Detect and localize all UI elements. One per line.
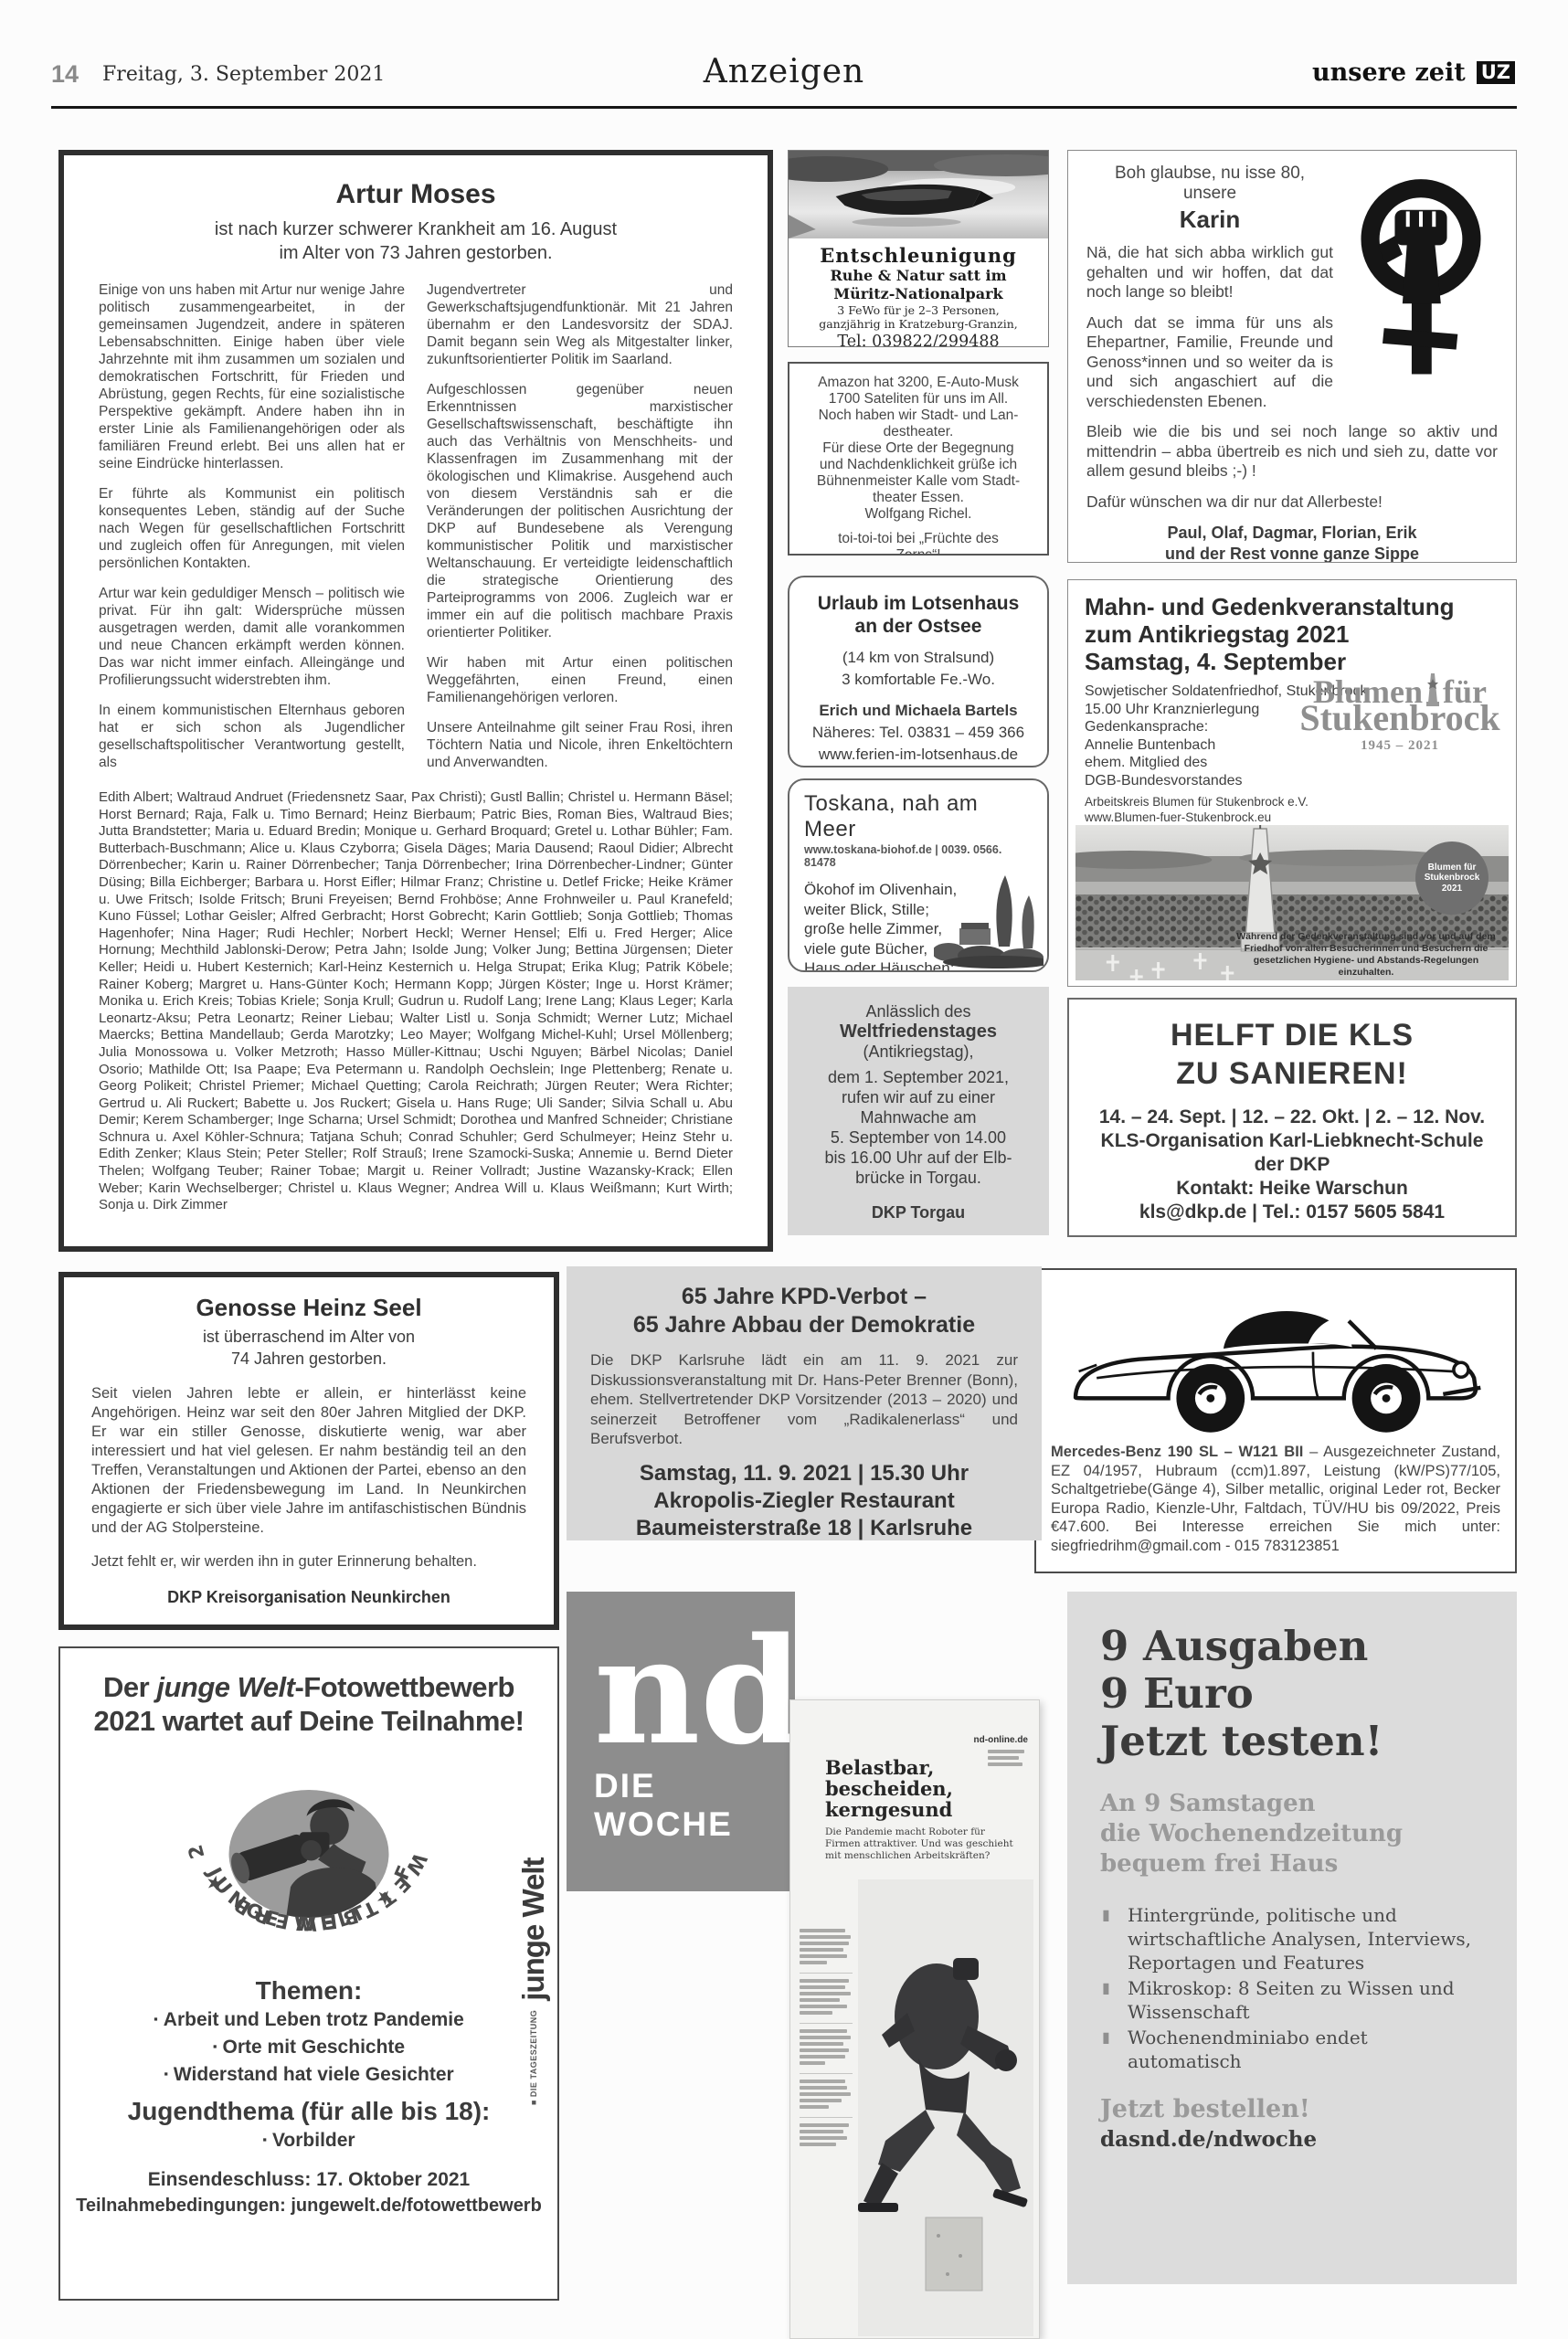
paragraph: Artur war kein geduldiger Mensch – polit… (99, 585, 405, 689)
nd-newspaper-mockup: nd-online.de Belastbar, bescheiden, kern… (789, 1699, 1040, 2339)
nd-subheadline: Die Pandemie macht Roboter für Firmen at… (825, 1826, 1017, 1862)
ad-kls-sanierung: HELFT DIE KLS ZU SANIEREN! 14. – 24. Sep… (1067, 998, 1517, 1237)
feminist-fist-icon (1344, 165, 1498, 396)
classified-lead: Mercedes-Benz 190 SL – W121 BII (1051, 1444, 1303, 1460)
paragraph: In einem kommunistischen Elternhaus gebo… (99, 702, 405, 771)
paragraph: Bleib wie die bis und sei noch lange so … (1086, 422, 1498, 482)
phone-number: Näheres: Tel. 03831 – 459 366 (797, 722, 1040, 744)
themes-title: Themen: (73, 1976, 545, 2006)
ad-title: Weltfriedenstages (797, 1021, 1040, 1042)
ad-text: dem 1. September 2021, rufen wir auf zu … (797, 1067, 1040, 1188)
section-title: Anzeigen (51, 53, 1517, 90)
obituary-title: Artur Moses (99, 179, 733, 210)
ad-theater-gruss: Amazon hat 3200, E-Auto-Musk 1700 Sateli… (788, 362, 1049, 556)
ad-nd-woche: nd DIE WOCHE nd-online.de Belastbar, bes… (567, 1577, 1042, 2339)
terms-url: Teilnahmebedingungen: jungewelt.de/fotow… (73, 2193, 545, 2219)
ad-title: Urlaub im Lotsenhaus an der Ostsee (797, 592, 1040, 638)
organisation: KLS-Organisation Karl-Liebknecht-Schule … (1075, 1129, 1510, 1177)
paragraph: Dafür wünschen wa dir nur dat Allerbeste… (1086, 492, 1498, 513)
ad-mercedes: Mercedes-Benz 190 SL – W121 BII – Ausgez… (1034, 1268, 1517, 1573)
obituary-column-2: Jugendvertreter und Gewerkschaftsjugendf… (427, 281, 733, 784)
robot-photo (858, 1879, 1033, 2336)
obituary-body: Einige von uns haben mit Artur nur wenig… (99, 281, 733, 784)
youth-title: Jugendthema (für alle bis 18): (73, 2097, 545, 2126)
contact-line: www.toskana-biohof.de | 0039. 0566. 8147… (804, 843, 1033, 869)
theme-item: ▪Widerstand hat viele Gesichter (73, 2060, 545, 2088)
ad-line: 3 komfortable Fe.-Wo. (797, 669, 1040, 691)
ad-entschleunigung: Entschleunigung Ruhe & Natur satt im Mür… (788, 150, 1049, 347)
feature-item: Mikroskop: 8 Seiten zu Wissen und Wissen… (1100, 1976, 1484, 2024)
title-brand: junge Welt (156, 1671, 294, 1703)
paragraph: Jugendvertreter und Gewerkschaftsjugendf… (427, 281, 733, 368)
brand-name: unsere zeit (1312, 58, 1466, 87)
photo-caption: Während der Gedenkveranstaltung sind vor… (1229, 931, 1503, 979)
classified-body: – Ausgezeichneter Zustand, EZ 04/1957, H… (1051, 1444, 1500, 1554)
signature: DKP Kreisorganisation Neunkirchen (91, 1588, 526, 1607)
page-header: 14Freitag, 3. September 2021 Anzeigen un… (51, 53, 1517, 102)
paragraph: Einige von uns haben mit Artur nur wenig… (99, 281, 405, 472)
ad-title: Toskana, nah am Meer (804, 791, 1033, 842)
jw-tagline: ■ DIE TAGESZEITUNG (529, 2010, 538, 2105)
theme-item: ▪Vorbilder (73, 2126, 545, 2154)
nd-logo-subtitle: DIE WOCHE (594, 1767, 795, 1844)
ad-title: Der junge Welt-Fotowettbewerb (73, 1670, 545, 1704)
event-title: Mahn- und Gedenkveranstaltung zum Antikr… (1085, 593, 1499, 675)
nd-headline: Belastbar, bescheiden, kerngesund (825, 1757, 953, 1820)
event-text: Die DKP Karlsruhe lädt ein am 11. 9. 202… (590, 1350, 1018, 1449)
promo-cta: Jetzt bestellen! (1100, 2095, 1484, 2123)
badge-text: Blumen für Stukenbrock 2021 (1425, 863, 1480, 894)
blumen-stukenbrock-logo: Blumenfür Stukenbrock 1945 – 2021 (1295, 672, 1505, 759)
event-schedule: Samstag, 11. 9. 2021 | 15.30 Uhr Akropol… (590, 1460, 1018, 1541)
square-bullet-icon: ▪ (262, 2133, 267, 2146)
paragraph: Aufgeschlossen gegenüber neuen Erkenntni… (427, 381, 733, 641)
phone-number: Tel: 039822/299488 (796, 333, 1041, 347)
feature-item: Wochenendminiabo endet automatisch (1100, 2026, 1484, 2073)
contact-names: Erich und Michaela Bartels (797, 700, 1040, 722)
contact-person: Kontakt: Heike Warschun (1075, 1177, 1510, 1201)
website-url: www.ferien-im-lotsenhaus.de (797, 744, 1040, 766)
nd-logo: nd DIE WOCHE (567, 1592, 795, 1891)
newspaper-page: 14Freitag, 3. September 2021 Anzeigen un… (0, 0, 1568, 2339)
theme-label: Widerstand hat viele Gesichter (174, 2064, 454, 2085)
obituary-column-1: Einige von uns haben mit Artur nur wenig… (99, 281, 405, 784)
issue-info-bars (988, 1750, 1028, 1769)
memorial-photo: Blumen für Stukenbrock 2021 Während der … (1075, 825, 1509, 980)
ad-line: Ruhe & Natur satt im (796, 267, 1041, 285)
ad-line: Müritz-Nationalpark (796, 285, 1041, 303)
theme-item: ▪Orte mit Geschichte (73, 2033, 545, 2060)
car-illustration (1051, 1275, 1500, 1443)
title-part: -Fotowettbewerb (294, 1671, 514, 1703)
feature-item: Hintergründe, politische und wirtschaftl… (1100, 1903, 1484, 1974)
obituary-heinz-seel: Genosse Heinz Seel ist überraschend im A… (58, 1272, 559, 1630)
contact-details: kls@dkp.de | Tel.: 0157 5605 5841 (1075, 1201, 1510, 1224)
masthead: unsere zeitUZ (1312, 58, 1517, 87)
title-part: Der (103, 1671, 156, 1703)
ad-title: Entschleunigung (796, 244, 1041, 267)
ad-stukenbrock: Mahn- und Gedenkveranstaltung zum Antikr… (1067, 579, 1517, 987)
signature: Paul, Olaf, Dagmar, Florian, Erik und de… (1086, 523, 1498, 563)
ad-lotsenhaus: Urlaub im Lotsenhaus an der Ostsee (14 k… (788, 576, 1049, 767)
jw-logo: JUNGE WELT ★ FOTO WETTBEWERB ★ 2021 ★ (73, 1745, 545, 1967)
jw-brand: junge Welt (516, 1857, 551, 2000)
classified-text: Mercedes-Benz 190 SL – W121 BII – Ausgez… (1051, 1443, 1500, 1555)
obituary-subtitle: ist überraschend im Alter von 74 Jahren … (91, 1326, 526, 1370)
obituary-title: Genosse Heinz Seel (91, 1294, 526, 1322)
uz-logo: UZ (1475, 59, 1517, 86)
obituary-subtitle: ist nach kurzer schwerer Krankheit am 16… (99, 217, 733, 265)
ad-title: HELFT DIE KLS ZU SANIEREN! (1075, 1016, 1510, 1093)
ad-toast: toi-toi-toi bei „Früchte des Zorns“! (799, 531, 1038, 556)
logo-word: Stukenbrock (1295, 704, 1505, 732)
tuscany-landscape-icon (934, 868, 1044, 968)
theme-label: Vorbilder (272, 2130, 355, 2151)
square-bullet-icon: ▪ (154, 2012, 158, 2026)
anniversary-badge: Blumen für Stukenbrock 2021 (1415, 841, 1489, 915)
nd-sidebar-teasers (800, 1929, 853, 2160)
date-ranges: 14. – 24. Sept. | 12. – 22. Okt. | 2. – … (1075, 1106, 1510, 1129)
ad-title-line2: 2021 wartet auf Deine Teilnahme! (73, 1704, 545, 1738)
promo-title: 9 Ausgaben 9 Euro Jetzt testen! (1100, 1623, 1484, 1765)
theme-label: Arbeit und Leben trotz Pandemie (164, 2009, 464, 2030)
paragraph: Wir haben mit Artur einen politischen We… (427, 654, 733, 706)
ad-line: Anlässlich des (797, 1001, 1040, 1021)
ad-jw-fotowettbewerb: Der junge Welt-Fotowettbewerb 2021 warte… (58, 1646, 559, 2301)
ad-details: 3 FeWo für je 2–3 Personen, ganzjährig i… (796, 303, 1041, 331)
promo-subtitle: An 9 Samstagen die Wochenendzeitung bequ… (1100, 1789, 1484, 1879)
ad-toskana: Toskana, nah am Meer www.toskana-biohof.… (788, 778, 1049, 972)
promo-url: dasnd.de/ndwoche (1100, 2127, 1484, 2152)
paragraph: Er führte als Kommunist ein politisch ko… (99, 485, 405, 572)
nd-site-url: nd-online.de (974, 1735, 1028, 1745)
obituary-artur-moses: Artur Moses ist nach kurzer schwerer Kra… (58, 150, 773, 1252)
theme-item: ▪Arbeit und Leben trotz Pandemie (73, 2006, 545, 2033)
square-bullet-icon: ▪ (213, 2039, 217, 2053)
ad-karin-80: Boh glaubse, nu isse 80, unsere Karin Nä… (1067, 150, 1517, 563)
signature: DKP Torgau (797, 1202, 1040, 1222)
theme-label: Orte mit Geschichte (223, 2037, 406, 2058)
ad-line: (Antikriegstag), (797, 1042, 1040, 1062)
ad-nd-promo: 9 Ausgaben 9 Euro Jetzt testen! An 9 Sam… (1067, 1592, 1517, 2284)
obituary-body: Seit vielen Jahren lebte er allein, er h… (91, 1384, 526, 1538)
jw-brand-vertical: ■ DIE TAGESZEITUNG junge Welt (514, 1831, 554, 2105)
closing-line: Jetzt fehlt er, wir werden ihn in guter … (91, 1552, 526, 1572)
mourners-name-list: Edith Albert; Waltraud Andruet (Friedens… (99, 789, 733, 1214)
ad-line: (14 km von Stralsund) (797, 647, 1040, 669)
ad-kpd-verbot: 65 Jahre KPD-Verbot – 65 Jahre Abbau der… (567, 1266, 1042, 1540)
deadline: Einsendeschluss: 17. Oktober 2021 (73, 2166, 545, 2193)
promo-feature-list: Hintergründe, politische und wirtschaftl… (1100, 1903, 1484, 2073)
ad-text: Amazon hat 3200, E-Auto-Musk 1700 Sateli… (799, 375, 1038, 523)
paragraph: Unsere Anteilnahme gilt seiner Frau Rosi… (427, 719, 733, 771)
square-bullet-icon: ▪ (164, 2067, 168, 2080)
event-title: 65 Jahre KPD-Verbot – 65 Jahre Abbau der… (590, 1283, 1018, 1339)
ad-weltfriedenstag: Anlässlich des Weltfriedenstages (Antikr… (788, 987, 1049, 1235)
nd-logo-text: nd (594, 1623, 795, 1760)
boat-photo (789, 151, 1048, 238)
header-rule (51, 106, 1517, 109)
